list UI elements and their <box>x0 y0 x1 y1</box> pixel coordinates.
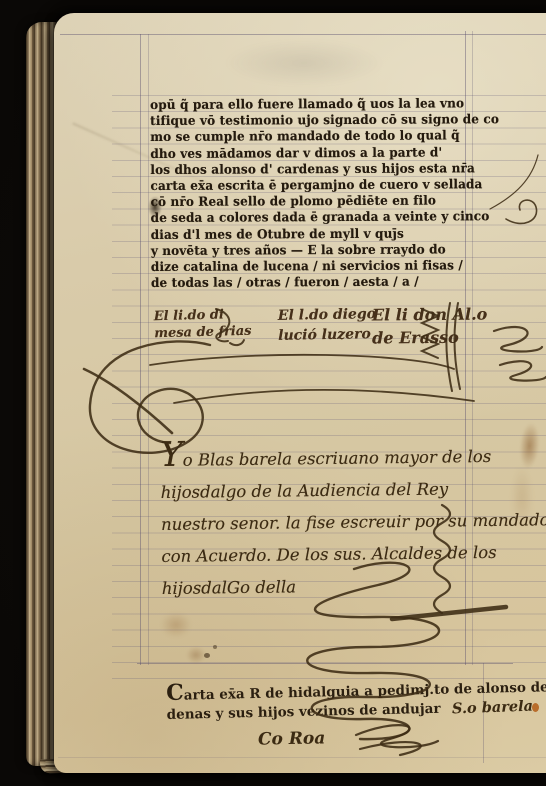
signature-de-erasso: El li don Al.o de Erasso <box>372 302 488 349</box>
manuscript-photo: opū q̃ para ello fuere llamado q̃ uos la… <box>0 0 546 786</box>
attestation-line: nuestro senor. la fise escreuir por su m… <box>161 504 531 541</box>
docket-top-rule <box>137 663 513 664</box>
main-text-line: tifique vō testimonio ujo signado cō su … <box>150 111 499 129</box>
main-text-line: dias d'l mes de Otubre de myll v quj̄s <box>151 225 500 243</box>
attestation-line: hijosdalgo de la Audiencia del Rey <box>160 472 530 509</box>
main-text-line: carta ex̄a escrita ē pergamjno de cuero … <box>150 176 499 194</box>
main-text-line: y novēta y tres años — E la sobre rraydo… <box>151 241 500 259</box>
main-text-line: dho ves mādamos dar v dimos a la parte d… <box>150 144 499 162</box>
signature-mesa-de-frias: El li.do di mesa de frias <box>154 306 252 343</box>
ink-show-through-stain <box>194 31 414 95</box>
closing-mark: Co Roa <box>258 728 326 749</box>
signature-line: El l.do diego <box>278 304 377 326</box>
main-text-line: cō nr̄o Real sello de plomo pēdiēte en f… <box>151 192 500 210</box>
bottom-frame-rule <box>58 757 546 758</box>
signature-line: El li don Al.o <box>372 302 488 326</box>
signature-line: lució luzero <box>278 324 377 346</box>
scribe-attestation-block: Yo Blas barela escriuano mayor de los hi… <box>160 434 532 605</box>
main-text-line: de todas las / otras / fueron / aesta / … <box>151 273 500 291</box>
closing-flourish-a <box>356 725 438 747</box>
closing-flourish-b <box>360 742 421 755</box>
main-text-line: los dhos alonso d' cardenas y sus hijos … <box>150 160 499 178</box>
signature-lucio-luzero: El l.do diego lució luzero <box>278 304 377 346</box>
main-text-line: opū q̃ para ello fuere llamado q̃ uos la… <box>150 95 499 113</box>
main-text-line: mo se cumple nr̄o mandado de todo lo qua… <box>150 128 499 146</box>
left-margin-rule-inner <box>148 34 149 665</box>
main-text-line: de seda a colores dada ē granada a veint… <box>151 209 500 227</box>
left-margin-rule-outer <box>140 34 141 665</box>
attestation-line: Yo Blas barela escriuano mayor de los <box>160 434 530 477</box>
signature-line: mesa de frias <box>154 323 252 343</box>
attestation-line: hijosdalGo della <box>162 568 532 605</box>
manuscript-page: opū q̃ para ello fuere llamado q̃ uos la… <box>54 13 546 773</box>
main-text-block: opū q̃ para ello fuere llamado q̃ uos la… <box>150 95 500 291</box>
scribe-abbreviation-note: S.o barela <box>452 698 534 718</box>
main-text-line: dize catalina de lucena / ni servicios n… <box>151 257 500 275</box>
attestation-line: con Acuerdo. De los sus. Alcaldes de los <box>161 536 531 573</box>
signature-line: de Erasso <box>372 325 488 349</box>
top-frame-rule <box>60 34 546 35</box>
